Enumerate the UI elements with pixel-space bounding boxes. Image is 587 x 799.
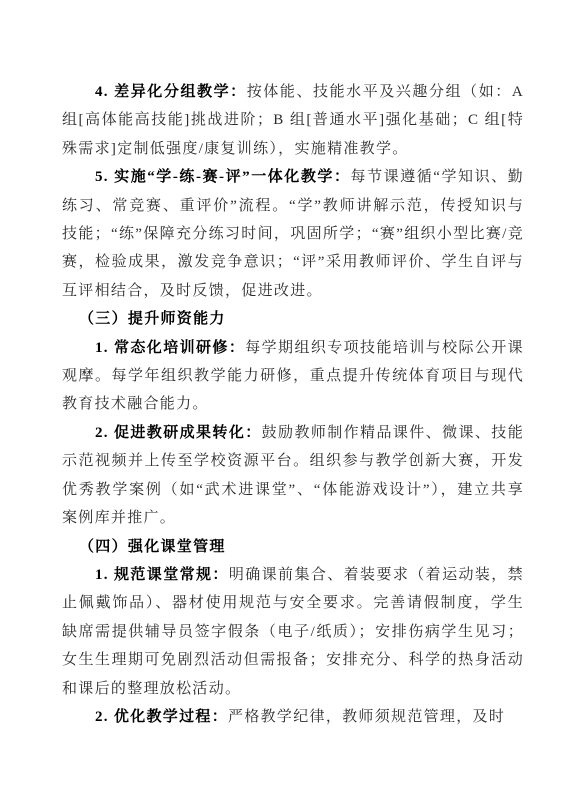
paragraph-differentiated-grouping: 4. 差异化分组教学：按体能、技能水平及兴趣分组（如：A 组[高体能高技能]挑战… bbox=[62, 78, 524, 163]
paragraph-lead: 2. 促进教研成果转化： bbox=[95, 425, 262, 441]
document-body: 4. 差异化分组教学：按体能、技能水平及兴趣分组（如：A 组[高体能高技能]挑战… bbox=[62, 78, 524, 731]
paragraph-teaching-process: 2. 优化教学过程：严格教学纪律，教师须规范管理，及时 bbox=[62, 703, 524, 731]
section-heading-classroom-management: （四）强化课堂管理 bbox=[62, 533, 524, 561]
paragraph-text: 每节课遵循“学知识、勤练习、常竞赛、重评价”流程。“学”教师讲解示范，传授知识与… bbox=[62, 169, 524, 299]
paragraph-regular-training: 1. 常态化培训研修：每学期组织专项技能培训与校际公开课观摩。每学年组织教学能力… bbox=[62, 334, 524, 419]
paragraph-lead: 5. 实施“学-练-赛-评”一体化教学： bbox=[95, 169, 351, 185]
paragraph-text: 明确课前集合、着装要求（着运动装，禁止佩戴饰品）、器材使用规范与安全要求。完善请… bbox=[62, 567, 524, 697]
section-heading-teacher-capability: （三）提升师资能力 bbox=[62, 305, 524, 333]
paragraph-lead: 1. 规范课堂常规： bbox=[95, 567, 229, 583]
paragraph-lead: 2. 优化教学过程： bbox=[95, 709, 228, 725]
paragraph-classroom-routine: 1. 规范课堂常规：明确课前集合、着装要求（着运动装，禁止佩戴饰品）、器材使用规… bbox=[62, 561, 524, 703]
paragraph-lead: 4. 差异化分组教学： bbox=[95, 84, 247, 100]
paragraph-research-transformation: 2. 促进教研成果转化：鼓励教师制作精品课件、微课、技能示范视频并上传至学校资源… bbox=[62, 419, 524, 533]
paragraph-integrated-teaching: 5. 实施“学-练-赛-评”一体化教学：每节课遵循“学知识、勤练习、常竞赛、重评… bbox=[62, 163, 524, 305]
section-heading-text: （三）提升师资能力 bbox=[79, 311, 226, 327]
section-heading-text: （四）强化课堂管理 bbox=[79, 539, 226, 555]
paragraph-lead: 1. 常态化培训研修： bbox=[95, 340, 245, 356]
paragraph-text: 严格教学纪律，教师须规范管理，及时 bbox=[228, 709, 505, 725]
document-page: 4. 差异化分组教学：按体能、技能水平及兴趣分组（如：A 组[高体能高技能]挑战… bbox=[0, 0, 587, 799]
